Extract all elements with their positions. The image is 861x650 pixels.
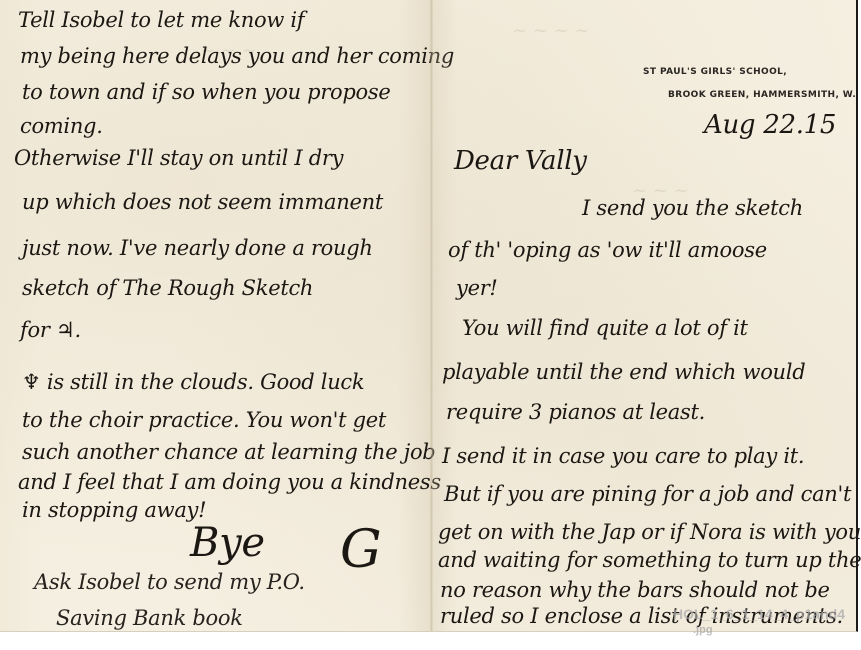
letter-date: Aug 22.15 — [704, 110, 836, 140]
handwritten-line: coming. — [20, 114, 103, 138]
bleed-through-text: ~ ~ ~ ~ — [512, 20, 590, 41]
letter-page-left: ~ ~ ~ Tell Isobel to let me know if my b… — [0, 0, 432, 631]
handwritten-line: Otherwise I'll stay on until I dry — [14, 146, 343, 170]
handwritten-line: Tell Isobel to let me know if — [18, 8, 304, 32]
letter-page-right: ~ ~ ~ ~ ~ ~ ~ ST PAUL'S GIRLS' SCHOOL, B… — [432, 0, 858, 631]
handwritten-line: playable until the end which would — [442, 360, 805, 384]
letter-salutation: Dear Vally — [454, 146, 587, 176]
handwritten-line: such another chance at learning the job — [22, 440, 435, 464]
handwritten-line: to the choir practice. You won't get — [22, 408, 386, 432]
signoff-bye: Bye — [190, 520, 265, 566]
watermark-filename: HOL_1_6_1_14_4_p1and4 — [673, 606, 845, 622]
handwritten-line: sketch of The Rough Sketch — [22, 276, 313, 300]
handwritten-line: my being here delays you and her coming — [20, 44, 454, 68]
handwritten-line: ♆ is still in the clouds. Good luck — [22, 370, 364, 394]
handwritten-line: and waiting for something to turn up the… — [438, 548, 861, 572]
handwritten-line: and I feel that I am doing you a kindnes… — [18, 470, 441, 494]
handwritten-line: for ♃. — [20, 318, 81, 342]
letterhead-school-name: ST PAUL'S GIRLS' SCHOOL, — [643, 67, 787, 77]
watermark-extension: .jpg — [693, 623, 845, 637]
handwritten-line: to town and if so when you propose — [22, 80, 391, 104]
handwritten-line: I send it in case you care to play it. — [442, 444, 804, 468]
handwritten-line: of th' 'oping as 'ow it'll amoose — [448, 238, 767, 262]
handwritten-line: get on with the Jap or if Nora is with y… — [438, 520, 861, 544]
letter-sheet: ~ ~ ~ Tell Isobel to let me know if my b… — [0, 0, 858, 632]
handwritten-line: in stopping away! — [22, 498, 206, 522]
handwritten-line: no reason why the bars should not be — [440, 578, 830, 602]
letterhead-address: BROOK GREEN, HAMMERSMITH, W. — [668, 90, 856, 100]
handwritten-line: But if you are pining for a job and can'… — [444, 482, 851, 506]
handwritten-line: up which does not seem immanent — [22, 190, 383, 214]
handwritten-line: require 3 pianos at least. — [446, 400, 705, 424]
handwritten-line: just now. I've nearly done a rough — [22, 236, 373, 260]
postscript-line: Ask Isobel to send my P.O. — [34, 570, 305, 594]
signature-initial: G — [340, 520, 381, 580]
handwritten-line: You will find quite a lot of it — [462, 316, 748, 340]
handwritten-line: yer! — [456, 276, 498, 300]
postscript-line: Saving Bank book — [56, 606, 243, 630]
filename-watermark: HOL_1_6_1_14_4_p1and4 .jpg — [673, 607, 845, 637]
handwritten-line: I send you the sketch — [582, 196, 803, 220]
